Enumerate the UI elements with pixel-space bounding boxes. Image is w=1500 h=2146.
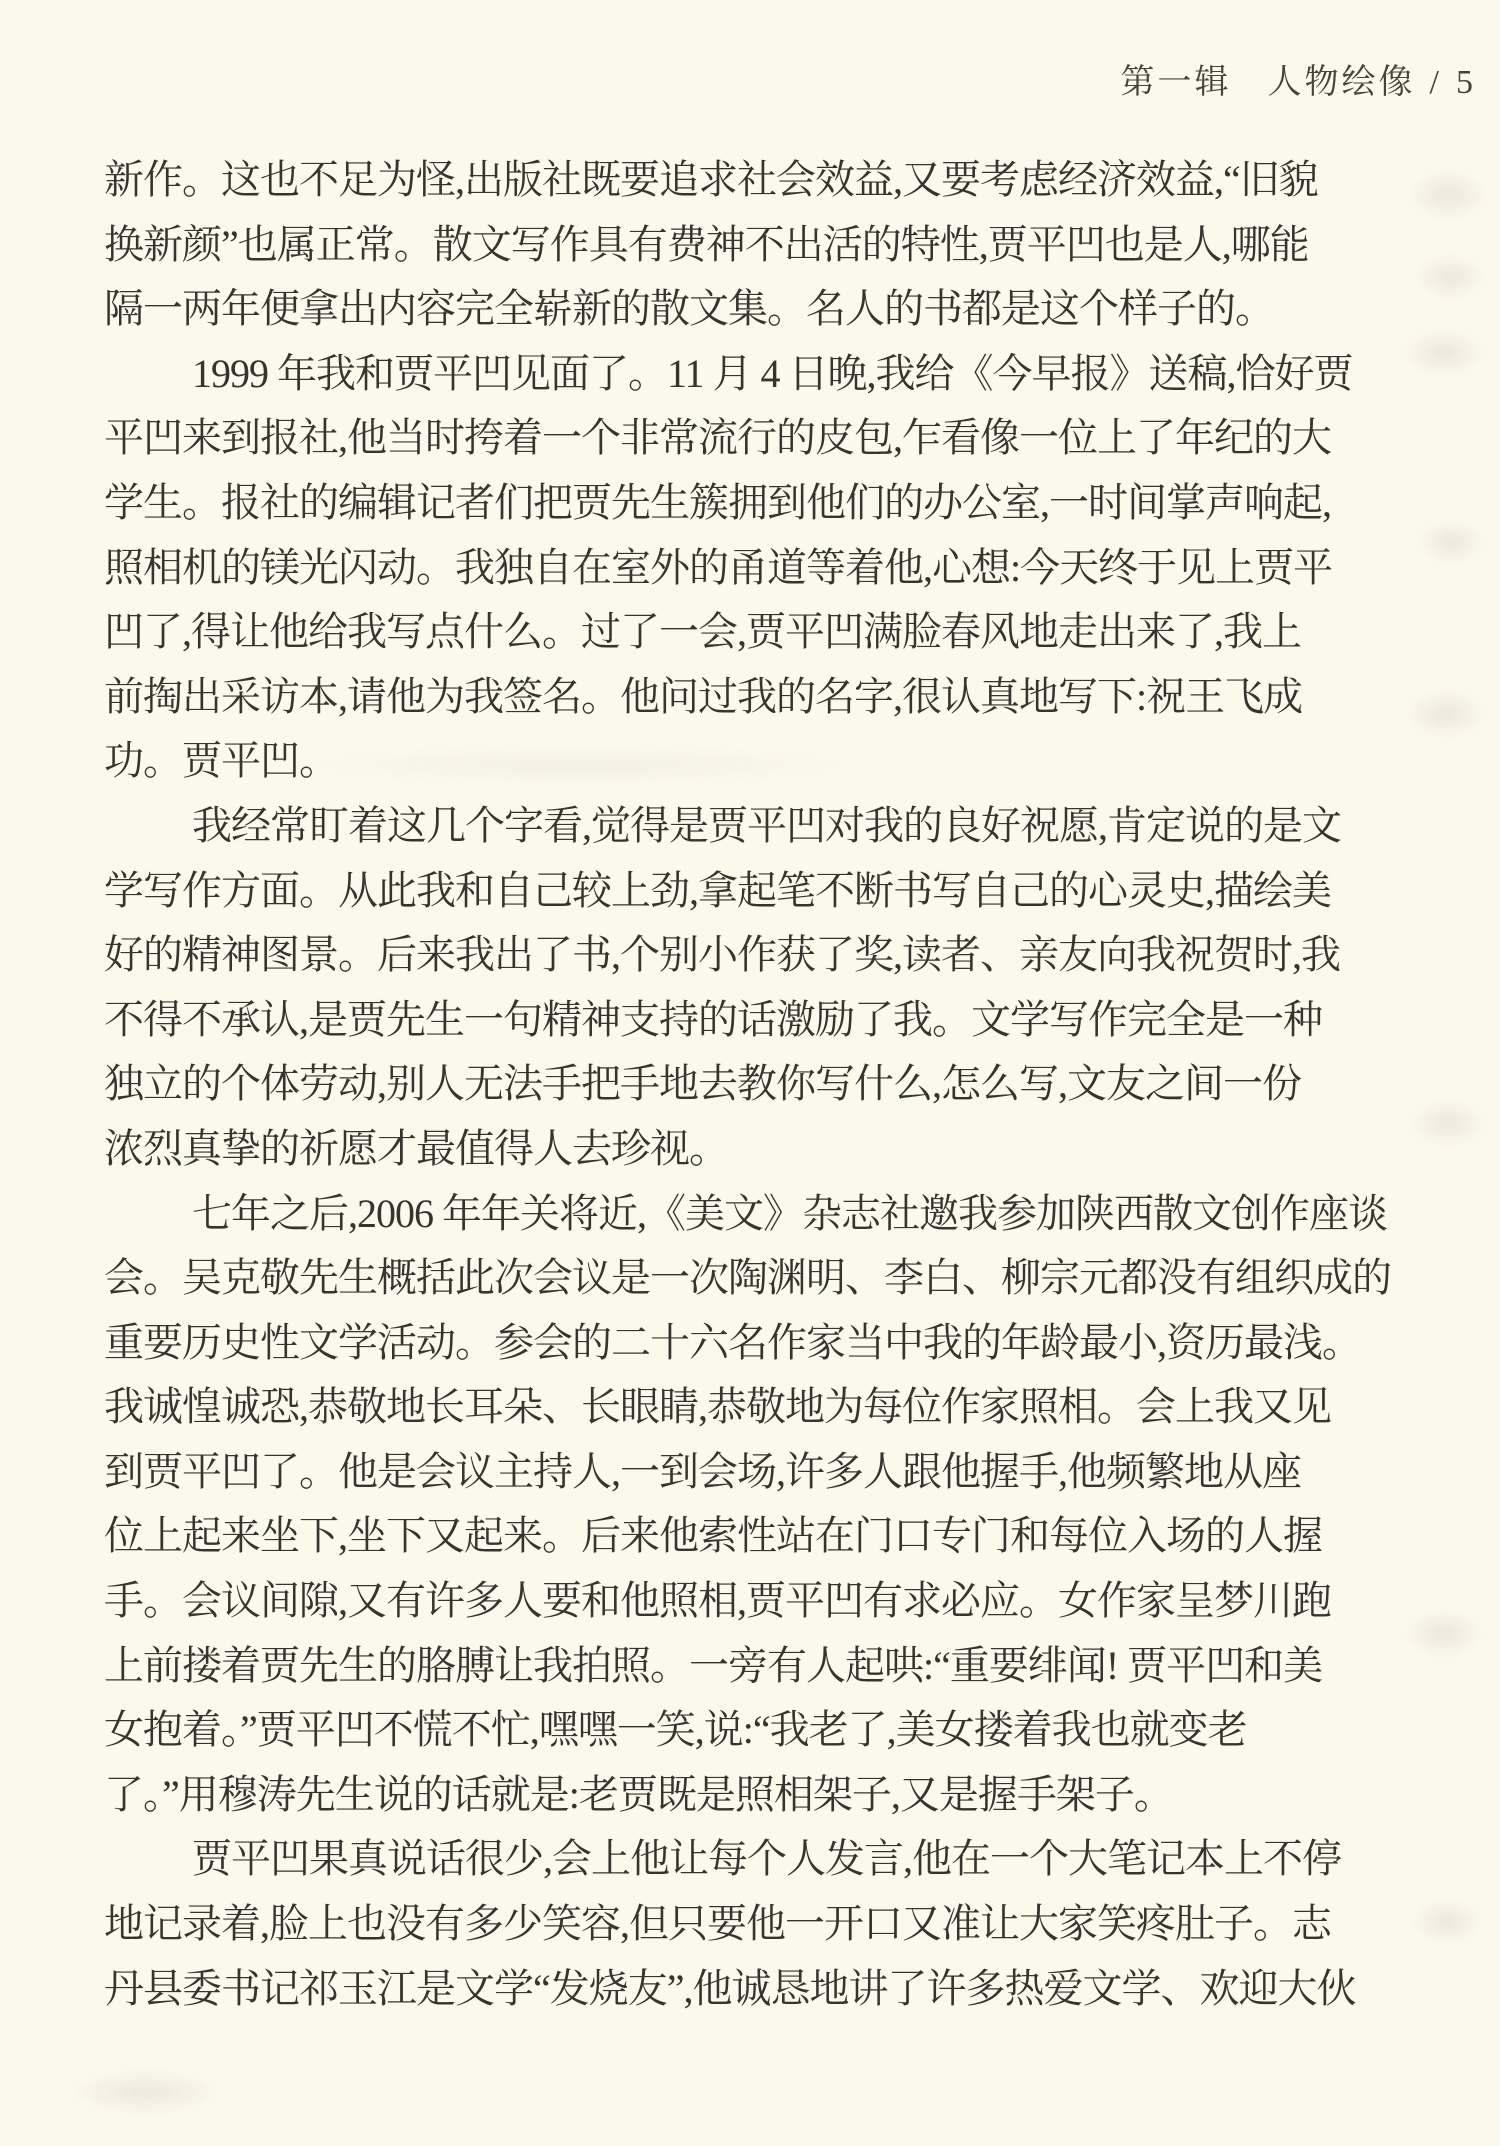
header-page-number: 5: [1456, 64, 1476, 101]
text-line: 平凹来到报社,他当时挎着一个非常流行的皮包,乍看像一位上了年纪的大: [104, 406, 1410, 471]
text-line: 隔一两年便拿出内容完全崭新的散文集。名人的书都是这个样子的。: [104, 277, 1410, 342]
bleedthrough-smudge: [1404, 1610, 1484, 1658]
bleedthrough-smudge: [1418, 520, 1484, 564]
running-header: 第一辑人物绘像/5: [1121, 62, 1476, 104]
text-line: 学生。报社的编辑记者们把贾先生簇拥到他们的办公室,一时间掌声响起,: [104, 471, 1410, 536]
text-line: 了。”用穆涛先生说的话就是:老贾既是照相架子,又是握手架子。: [104, 1763, 1410, 1828]
text-line: 女抱着。”贾平凹不慌不忙,嘿嘿一笑,说:“我老了,美女搂着我也就变老: [104, 1698, 1410, 1763]
text-line: 上前搂着贾先生的胳膊让我拍照。一旁有人起哄:“重要绯闻! 贾平凹和美: [104, 1634, 1410, 1699]
text-line: 丹县委书记祁玉江是文学“发烧友”,他诚恳地讲了许多热爱文学、欢迎大伙: [104, 1957, 1410, 2022]
text-line: 好的精神图景。后来我出了书,个别小作获了奖,读者、亲友向我祝贺时,我: [104, 923, 1410, 988]
text-line: 位上起来坐下,坐下又起来。后来他索性站在门口专门和每位入场的人握: [104, 1504, 1410, 1569]
bleedthrough-smudge: [70, 2070, 220, 2114]
bleedthrough-smudge: [1406, 690, 1486, 738]
text-line: 重要历史性文学活动。参会的二十六名作家当中我的年龄最小,资历最浅。: [104, 1311, 1410, 1376]
text-line: 七年之后,2006 年年关将近,《美文》杂志社邀我参加陕西散文创作座谈: [104, 1182, 1410, 1247]
text-line: 功。贾平凹。: [104, 729, 1410, 794]
text-line: 手。会议间隙,又有许多人要和他照相,贾平凹有求必应。女作家呈梦川跑: [104, 1569, 1410, 1634]
text-line: 凹了,得让他给我写点什么。过了一会,贾平凹满脸春风地走出来了,我上: [104, 600, 1410, 665]
header-section-label: 人物绘像: [1268, 64, 1416, 101]
text-line: 地记录着,脸上也没有多少笑容,但只要他一开口又准让大家笑疼肚子。志: [104, 1892, 1410, 1957]
book-page: 第一辑人物绘像/5 新作。这也不足为怪,出版社既要追求社会效益,又要考虑经济效益…: [0, 0, 1500, 2146]
text-line: 贾平凹果真说话很少,会上他让每个人发言,他在一个大笔记本上不停: [104, 1827, 1410, 1892]
header-separator: /: [1430, 64, 1442, 101]
text-line: 1999 年我和贾平凹见面了。11 月 4 日晚,我给《今早报》送稿,恰好贾: [104, 342, 1410, 407]
text-line: 我诚惶诚恐,恭敬地长耳朵、长眼睛,恭敬地为每位作家照相。会上我又见: [104, 1375, 1410, 1440]
bleedthrough-smudge: [1408, 170, 1488, 220]
bleedthrough-smudge: [1412, 1900, 1482, 1944]
body-text: 新作。这也不足为怪,出版社既要追求社会效益,又要考虑经济效益,“旧貌换新颜”也属…: [104, 148, 1410, 2021]
text-line: 独立的个体劳动,别人无法手把手地去教你写什么,怎么写,文友之间一份: [104, 1052, 1410, 1117]
text-line: 浓烈真挚的祈愿才最值得人去珍视。: [104, 1117, 1410, 1182]
text-line: 照相机的镁光闪动。我独自在室外的甬道等着他,心想:今天终于见上贾平: [104, 536, 1410, 601]
bleedthrough-smudge: [1410, 1100, 1486, 1146]
text-line: 会。吴克敬先生概括此次会议是一次陶渊明、李白、柳宗元都没有组织成的: [104, 1246, 1410, 1311]
bleedthrough-smudge: [1415, 255, 1485, 299]
text-line: 新作。这也不足为怪,出版社既要追求社会效益,又要考虑经济效益,“旧貌: [104, 148, 1410, 213]
text-line: 我经常盯着这几个字看,觉得是贾平凹对我的良好祝愿,肯定说的是文: [104, 794, 1410, 859]
text-line: 换新颜”也属正常。散文写作具有费神不出活的特性,贾平凹也是人,哪能: [104, 213, 1410, 278]
text-line: 不得不承认,是贾先生一句精神支持的话激励了我。文学写作完全是一种: [104, 988, 1410, 1053]
header-volume-label: 第一辑: [1121, 64, 1232, 101]
text-line: 前掏出采访本,请他为我签名。他问过我的名字,很认真地写下:祝王飞成: [104, 665, 1410, 730]
bleedthrough-smudge: [1402, 330, 1486, 376]
text-line: 到贾平凹了。他是会议主持人,一到会场,许多人跟他握手,他频繁地从座: [104, 1440, 1410, 1505]
text-line: 学写作方面。从此我和自己较上劲,拿起笔不断书写自己的心灵史,描绘美: [104, 859, 1410, 924]
